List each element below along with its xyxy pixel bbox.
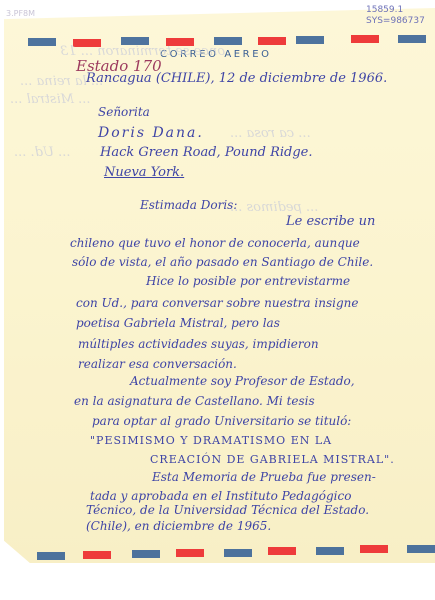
body-line: realizar esa conversación. <box>78 356 237 372</box>
body-line: (Chile), en diciembre de 1965. <box>86 518 271 534</box>
stripe-blue <box>398 35 426 43</box>
archive-ref-top-right: 15859.1 SYS=986737 <box>366 5 425 27</box>
stripe-red <box>258 37 286 45</box>
body-line: chileno que tuvo el honor de conocerla, … <box>70 235 360 251</box>
bleed-through-text: ... Ud. ... <box>14 145 70 160</box>
stripe-red <box>360 545 388 553</box>
recipient-title: Señorita <box>98 104 150 120</box>
place-date: Rancagua (CHILE), 12 de diciembre de 196… <box>86 71 387 87</box>
bleed-through-text: ... pedimos ... <box>230 200 318 215</box>
stripe-red <box>351 35 379 43</box>
archive-ref-line2: SYS=986737 <box>366 16 425 27</box>
body-line: poetisa Gabriela Mistral, pero las <box>76 315 280 331</box>
stripe-blue <box>224 549 252 557</box>
body-line: con Ud., para conversar sobre nuestra in… <box>76 295 358 311</box>
body-line: Hice lo posible por entrevistarme <box>146 273 350 289</box>
stripe-red <box>268 547 296 555</box>
stripe-blue <box>316 547 344 555</box>
greeting: Estimada Doris: <box>140 197 237 213</box>
body-line: Esta Memoria de Prueba fue presen- <box>152 469 376 485</box>
stripe-blue <box>132 550 160 558</box>
bleed-through-text: ... ca rosa ... <box>230 126 311 141</box>
body-line: Técnico, de la Universidad Técnica del E… <box>86 502 369 518</box>
stripe-blue <box>37 552 65 560</box>
recipient-name: Doris Dana. <box>98 125 204 141</box>
thesis-title-line2: CREACIÓN DE GABRIELA MISTRAL". <box>150 452 395 468</box>
body-line: Le escribe un <box>286 214 375 230</box>
stripe-blue <box>296 36 324 44</box>
body-line: para optar al grado Universitario se tit… <box>92 413 351 429</box>
bleed-through-text: ... Mistral ... <box>10 92 91 107</box>
stripe-blue <box>28 38 56 46</box>
body-line: sólo de vista, el año pasado en Santiago… <box>72 254 373 270</box>
recipient-city: Nueva York. <box>104 165 184 181</box>
archive-ref-top-left: 3.PF8M <box>6 8 35 19</box>
recipient-street: Hack Green Road, Pound Ridge. <box>100 145 312 161</box>
body-line: múltiples actividades suyas, impidieron <box>78 336 319 352</box>
stripe-blue <box>407 545 435 553</box>
stripe-red <box>176 549 204 557</box>
body-line: Actualmente soy Profesor de Estado, <box>130 373 355 389</box>
thesis-title-line1: "PESIMISMO Y DRAMATISMO EN LA <box>90 433 332 449</box>
archive-ref-line1: 15859.1 <box>366 5 425 16</box>
stripe-red <box>83 551 111 559</box>
body-line: en la asignatura de Castellano. Mi tesis <box>74 393 315 409</box>
